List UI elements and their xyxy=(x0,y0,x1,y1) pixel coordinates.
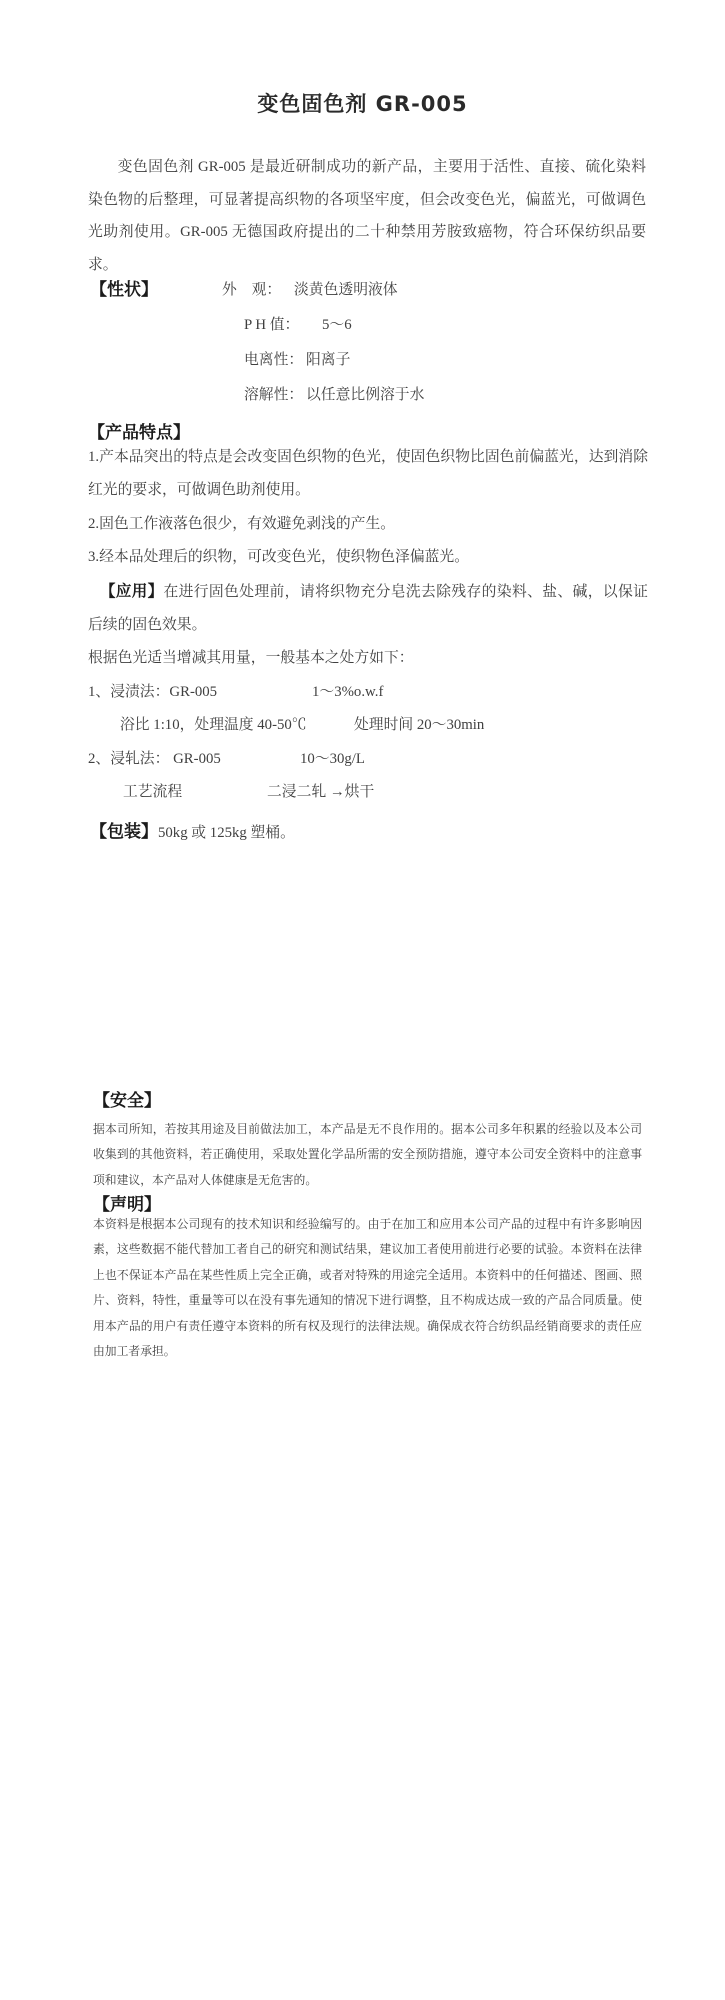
property-label: 外 观： xyxy=(222,273,281,308)
property-value: 5～6 xyxy=(322,308,352,343)
property-label: 溶解性： xyxy=(244,378,303,413)
properties-section: 【性状】 外 观： 淡黄色透明液体 P H 值： 5～6 电离性： 阳离子 溶解… xyxy=(88,273,648,413)
property-value: 阳离子 xyxy=(306,343,350,378)
application-paragraph: 【应用】在进行固色处理前，请将织物充分皂洗去除残存的染料、盐、碱，以保证后续的固… xyxy=(88,575,648,643)
property-value: 淡黄色透明液体 xyxy=(294,273,398,308)
packaging-section: 【包装】50kg 或 125kg 塑桶。 xyxy=(90,817,295,842)
application-text: 在进行固色处理前，请将织物充分皂洗去除残存的染料、盐、碱，以保证后续的固色效果。 xyxy=(88,584,648,633)
packaging-text: 50kg 或 125kg 塑桶。 xyxy=(158,825,295,841)
recipe-row: 浴比 1:10，处理温度 40-50℃ 处理时间 20～30min xyxy=(88,709,648,742)
recipe-row: 工艺流程 二浸二轧 →烘干 xyxy=(88,776,648,809)
disclaimer-text: 本资料是根据本公司现有的技术知识和经验编写的。由于在加工和应用本公司产品的过程中… xyxy=(93,1212,642,1364)
section-heading-packaging: 【包装】 xyxy=(90,822,158,842)
feature-item: 3.经本品处理后的织物，可改变色光，使织物色泽偏蓝光。 xyxy=(88,541,648,574)
feature-item: 1.产本品突出的特点是会改变固色织物的色光，使固色织物比固色前偏蓝光，达到消除红… xyxy=(88,441,648,508)
property-label: P H 值： xyxy=(244,308,299,343)
recipe-value: 1～3%o.w.f xyxy=(312,676,383,709)
recipe-row: 2、浸轧法： GR-005 10～30g/L xyxy=(88,743,648,776)
recipe-label: 1、浸渍法：GR-005 xyxy=(88,676,217,709)
recipe-value: 二浸二轧 →烘干 xyxy=(267,776,374,809)
feature-item: 2.固色工作液落色很少，有效避免剥浅的产生。 xyxy=(88,508,648,541)
property-row: 溶解性： 以任意比例溶于水 xyxy=(88,378,648,413)
section-heading-features: 【产品特点】 xyxy=(88,418,190,443)
document-page: 变色固色剂 GR-005 变色固色剂 GR-005 是最近研制成功的新产品，主要… xyxy=(0,0,725,2000)
recipe-label: 浴比 1:10，处理温度 40-50℃ xyxy=(120,709,307,742)
property-row: 外 观： 淡黄色透明液体 xyxy=(88,273,648,308)
recipe-label: 2、浸轧法： GR-005 xyxy=(88,743,221,776)
property-row: P H 值： 5～6 xyxy=(88,308,648,343)
recipe-row: 1、浸渍法：GR-005 1～3%o.w.f xyxy=(88,676,648,709)
recipe-value: 10～30g/L xyxy=(300,743,365,776)
intro-paragraph: 变色固色剂 GR-005 是最近研制成功的新产品，主要用于活性、直接、硫化染料染… xyxy=(88,151,646,281)
dosage-note: 根据色光适当增减其用量，一般基本之处方如下： xyxy=(88,642,648,675)
section-heading-application: 【应用】 xyxy=(100,582,163,600)
application-flow: 1.产本品突出的特点是会改变固色织物的色光，使固色织物比固色前偏蓝光，达到消除红… xyxy=(88,441,648,809)
property-value: 以任意比例溶于水 xyxy=(306,378,424,413)
property-label: 电离性： xyxy=(244,343,303,378)
safety-text: 据本司所知，若按其用途及目前做法加工，本产品是无不良作用的。据本公司多年积累的经… xyxy=(93,1117,642,1193)
doc-title: 变色固色剂 GR-005 xyxy=(0,88,725,118)
section-heading-safety: 【安全】 xyxy=(93,1086,161,1111)
property-row: 电离性： 阳离子 xyxy=(88,343,648,378)
recipe-value: 处理时间 20～30min xyxy=(354,709,484,742)
recipe-label: 工艺流程 xyxy=(123,776,182,809)
